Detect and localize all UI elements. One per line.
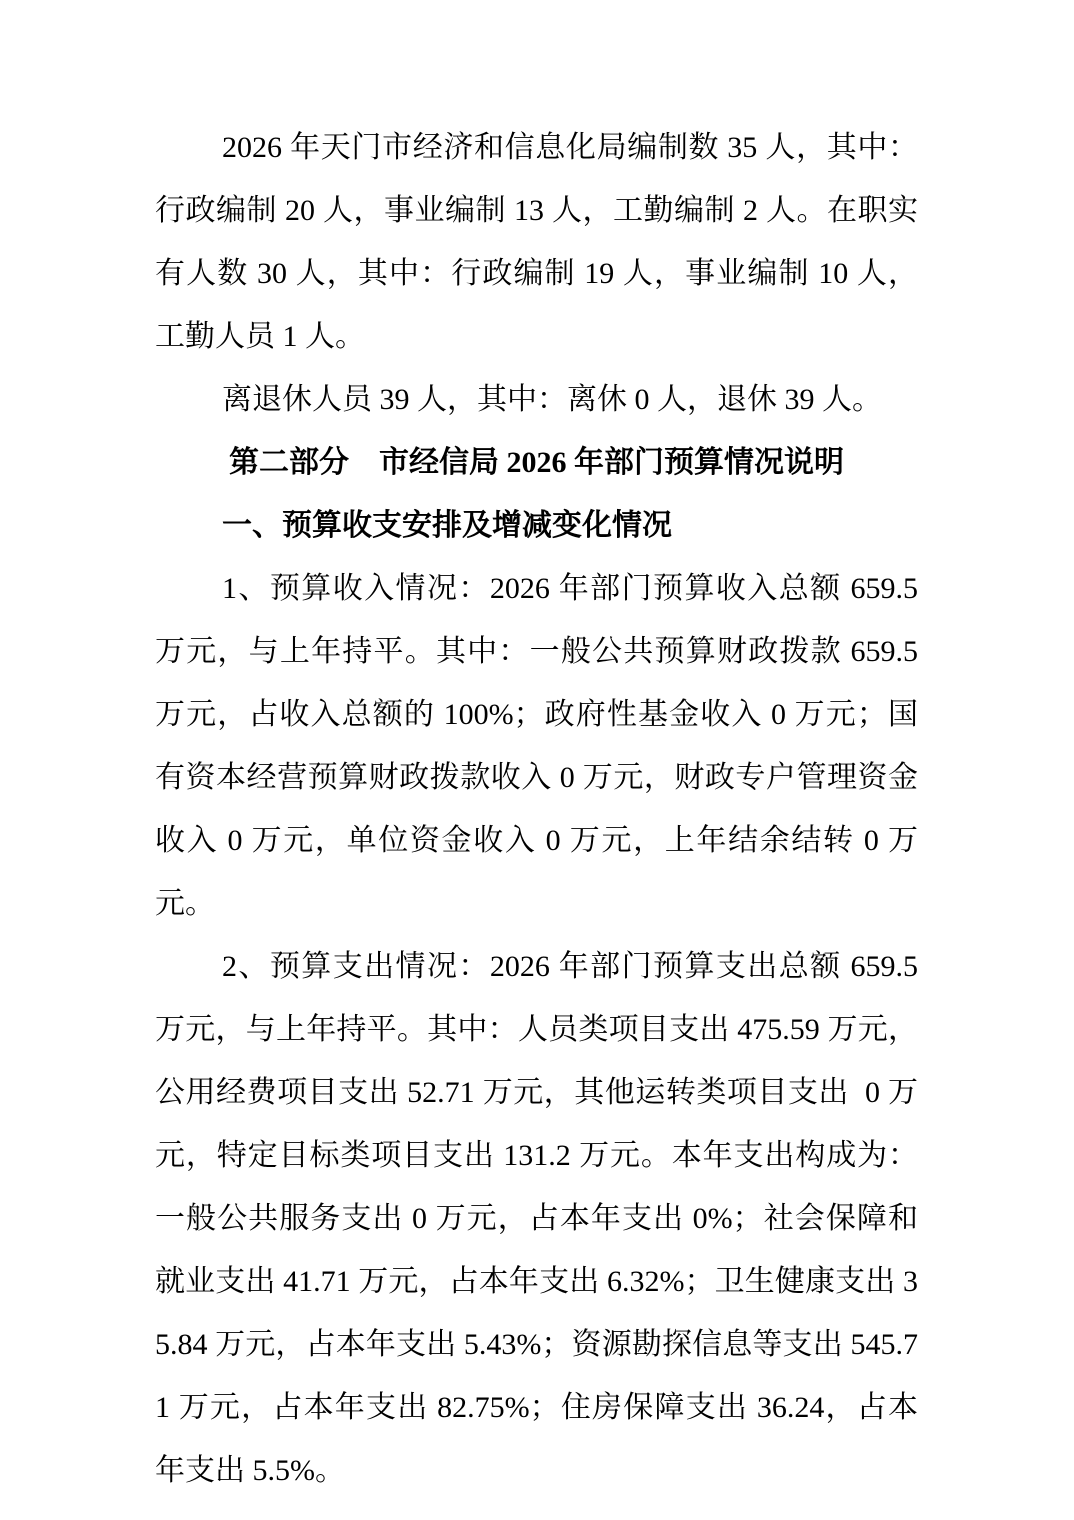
subsection-heading-budget-arrangement: 一、预算收支安排及增减变化情况 xyxy=(155,494,918,557)
section-heading-part-two: 第二部分 市经信局 2026 年部门预算情况说明 xyxy=(155,431,918,494)
paragraph-budget-expenditure: 2、预算支出情况：2026 年部门预算支出总额 659.5 万元，与上年持平。其… xyxy=(155,935,918,1502)
paragraph-retirees: 离退休人员 39 人，其中：离休 0 人，退休 39 人。 xyxy=(155,368,918,431)
document-page: 2026 年天门市经济和信息化局编制数 35 人，其中：行政编制 20 人，事业… xyxy=(0,0,1074,1520)
paragraph-staffing: 2026 年天门市经济和信息化局编制数 35 人，其中：行政编制 20 人，事业… xyxy=(155,116,918,368)
paragraph-budget-income: 1、预算收入情况：2026 年部门预算收入总额 659.5 万元，与上年持平。其… xyxy=(155,557,918,935)
document-content: 2026 年天门市经济和信息化局编制数 35 人，其中：行政编制 20 人，事业… xyxy=(155,116,918,1502)
